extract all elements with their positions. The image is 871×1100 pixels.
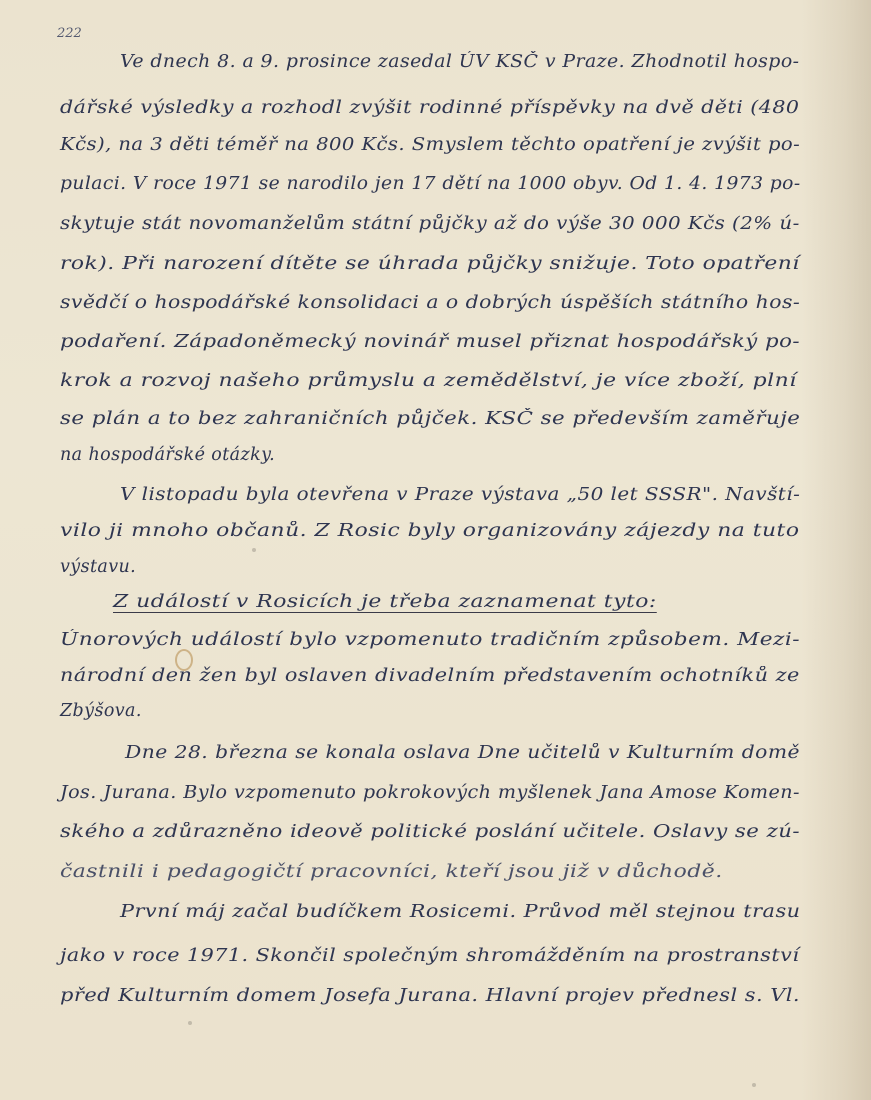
text-line: ského a zdůrazněno ideově politické posl… <box>60 822 800 842</box>
text-line: Dne 28. března se konala oslava Dne učit… <box>125 743 800 763</box>
text-line: před Kulturním domem Josefa Jurana. Hlav… <box>60 986 800 1006</box>
text-line: rok). Při narození dítěte se úhrada půjč… <box>60 254 800 274</box>
text-line: Jos. Jurana. Bylo vzpomenuto pokrokových… <box>60 783 800 803</box>
text-line: skytuje stát novomanželům státní půjčky … <box>60 214 800 234</box>
text-line: jako v roce 1971. Skončil společným shro… <box>60 946 799 966</box>
paper-speck <box>752 1083 756 1087</box>
document-page: 222 Ve dnech 8. a 9. prosince zasedal ÚV… <box>0 0 871 1100</box>
paper-speck <box>252 548 256 552</box>
text-line: výstavu. <box>60 557 136 577</box>
section-heading: Z událostí v Rosicích je třeba zaznamena… <box>113 592 657 612</box>
text-line: Ve dnech 8. a 9. prosince zasedal ÚV KSČ… <box>120 52 799 72</box>
text-line: krok a rozvoj našeho průmyslu a zeměděls… <box>60 371 797 391</box>
text-line: dářské výsledky a rozhodl zvýšit rodinné… <box>60 98 799 118</box>
text-line: se plán a to bez zahraničních půjček. KS… <box>60 409 800 429</box>
text-line: častnili i pedagogičtí pracovníci, kteří… <box>60 862 723 882</box>
text-line: podaření. Západoněmecký novinář musel př… <box>60 332 800 352</box>
text-line: pulaci. V roce 1971 se narodilo jen 17 d… <box>60 174 801 194</box>
text-line: svědčí o hospodářské konsolidaci a o dob… <box>60 293 800 313</box>
text-line: národní den žen byl oslaven divadelním p… <box>60 666 800 686</box>
paper-speck <box>188 1021 192 1025</box>
text-line: na hospodářské otázky. <box>60 445 275 465</box>
text-line: Zbýšova. <box>60 701 142 721</box>
text-line: vilo ji mnoho občanů. Z Rosic byly organ… <box>60 521 799 541</box>
ink-stain <box>175 649 193 671</box>
text-line: V listopadu byla otevřena v Praze výstav… <box>120 485 800 505</box>
text-line: První máj začal budíčkem Rosicemi. Průvo… <box>120 902 800 922</box>
text-line: Únorových událostí bylo vzpomenuto tradi… <box>60 630 800 650</box>
page-number: 222 <box>57 26 82 41</box>
text-line: Kčs), na 3 děti téměř na 800 Kčs. Smysle… <box>60 135 800 155</box>
